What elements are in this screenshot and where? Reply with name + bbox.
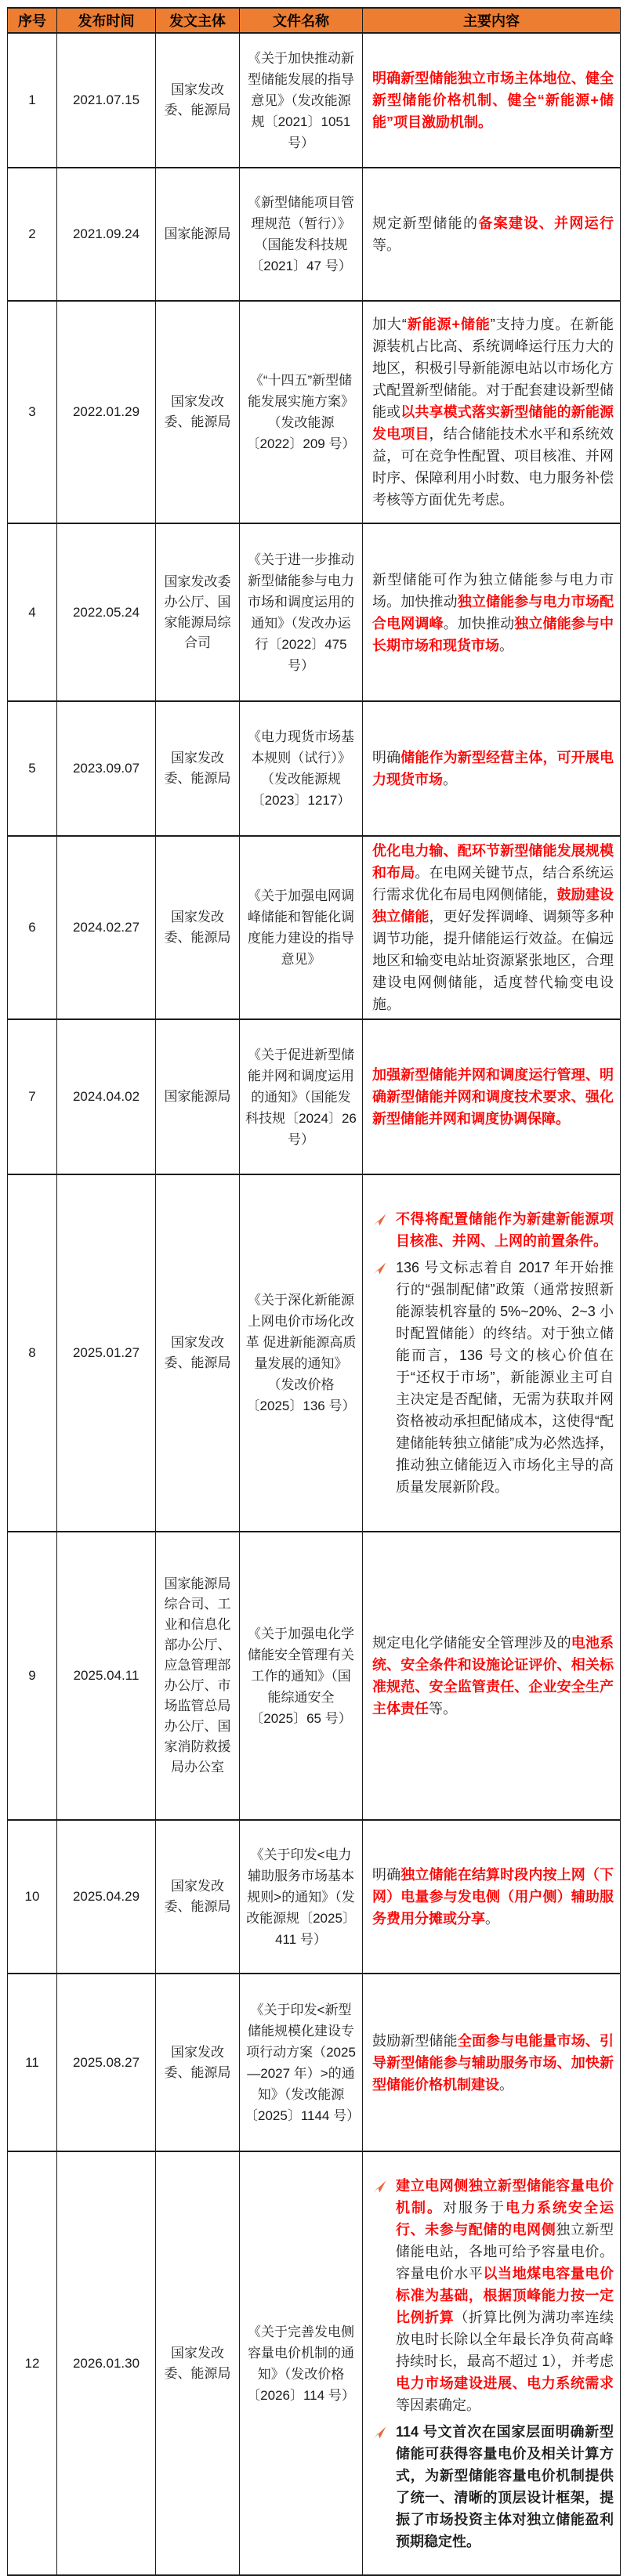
bullet-text: 不得将配置储能作为新建新能源项目核准、并网、上网的前置条件。 [396,1208,614,1252]
cell-publish-date: 2022.05.24 [57,523,156,701]
text-run: 规定电化学储能安全管理涉及的 [372,1635,571,1651]
cell-publish-date: 2025.01.27 [57,1174,156,1532]
cell-issuer: 国家发改委、能源局 [156,1974,240,2151]
cell-main-content: 明确独立储能在结算时段内按上网（下网）电量参与发电侧（用户侧）辅助服务费用分摊或… [363,1820,621,1974]
text-run: 加强新型储能并网和调度运行管理、明确新型储能并网和调度技术要求、强化新型储能并网… [372,1067,614,1127]
cell-issuer: 国家发改委、能源局 [156,33,240,168]
text-run: 对服务于 [443,2200,506,2216]
cell-main-content: 明确新型储能独立市场主体地位、健全新型储能价格机制、健全“新能源+储能”项目激励… [363,33,621,168]
cell-index: 4 [8,523,57,701]
cell-publish-date: 2021.07.15 [57,33,156,168]
text-run: 。 [499,638,513,653]
cell-issuer: 国家发改委、能源局 [156,701,240,836]
table-body: 12021.07.15国家发改委、能源局《关于加快推动新型储能发展的指导意见》（… [8,33,621,2575]
cell-publish-date: 2024.02.27 [57,836,156,1019]
cell-issuer: 国家发改委、能源局 [156,2151,240,2575]
cell-main-content: 优化电力输、配环节新型储能发展规模和布局。在电网关键节点，结合系统运行需求优化布… [363,836,621,1019]
bullet-paragraph: 不得将配置储能作为新建新能源项目核准、并网、上网的前置条件。 [372,1208,614,1252]
cell-publish-date: 2025.04.29 [57,1820,156,1974]
cell-issuer: 国家发改委、能源局 [156,1174,240,1532]
text-run: 备案建设、并网运行 [478,215,614,231]
cell-issuer: 国家发改委办公厅、国家能源局综合司 [156,523,240,701]
table-row: 12021.07.15国家发改委、能源局《关于加快推动新型储能发展的指导意见》（… [8,33,621,168]
text-run: 新能源+储能 [407,317,491,332]
arrow-bullet-icon [372,1208,396,1227]
cell-publish-date: 2022.01.29 [57,301,156,523]
header-row: 序号发布时间发文主体文件名称主要内容 [8,8,621,33]
bullet-text: 建立电网侧独立新型储能容量电价机制。对服务于电力系统安全运行、未参与配储的电网侧… [396,2175,614,2416]
cell-document-name: 《关于加强电化学储能安全管理有关工作的通知》（国能综通安全〔2025〕65 号） [240,1532,363,1820]
text-run: 等。 [372,237,400,253]
table-header: 序号发布时间发文主体文件名称主要内容 [8,8,621,33]
cell-main-content: 规定新型储能的备案建设、并网运行等。 [363,168,621,301]
cell-document-name: 《电力现货市场基本规则（试行）》（发改能源规〔2023〕1217） [240,701,363,836]
cell-issuer: 国家能源局 [156,168,240,301]
cell-main-content: 加强新型储能并网和调度运行管理、明确新型储能并网和调度技术要求、强化新型储能并网… [363,1019,621,1174]
text-run: 136 号文标志着自 2017 年开始推行的“强制配储”政策（通常按照新能源装机… [396,1260,614,1495]
cell-document-name: 《新型储能项目管理规范（暂行）》（国能发科技规〔2021〕47 号） [240,168,363,301]
text-run: 加大“ [372,317,407,332]
text-run: 不得将配置储能作为新建新能源项目核准、并网、上网的前置条件。 [396,1211,614,1249]
text-run: 规定新型储能的 [372,215,478,231]
text-run: 。 [485,1911,499,1927]
cell-index: 2 [8,168,57,301]
cell-document-name: 《关于深化新能源上网电价市场化改革 促进新能源高质量发展的通知》（发改价格〔20… [240,1174,363,1532]
cell-index: 11 [8,1974,57,2151]
cell-publish-date: 2026.01.30 [57,2151,156,2575]
table-row: 82025.01.27国家发改委、能源局《关于深化新能源上网电价市场化改革 促进… [8,1174,621,1532]
column-header-content: 主要内容 [363,8,621,33]
cell-issuer: 国家发改委、能源局 [156,1820,240,1974]
cell-main-content: 建立电网侧独立新型储能容量电价机制。对服务于电力系统安全运行、未参与配储的电网侧… [363,2151,621,2575]
bullet-paragraph: 114 号文首次在国家层面明确新型储能可获得容量电价及相关计算方式，为新型储能容… [372,2421,614,2552]
cell-index: 8 [8,1174,57,1532]
text-run: 。 [443,772,457,787]
cell-main-content: 明确储能作为新型经营主体，可开展电力现货市场。 [363,701,621,836]
cell-issuer: 国家能源局 [156,1019,240,1174]
cell-main-content: 规定电化学储能安全管理涉及的电池系统、安全条件和设施论证评价、相关标准规范、安全… [363,1532,621,1820]
page: 序号发布时间发文主体文件名称主要内容 12021.07.15国家发改委、能源局《… [0,0,627,2571]
arrow-bullet-icon [372,1257,396,1275]
cell-publish-date: 2025.08.27 [57,1974,156,2151]
cell-index: 6 [8,836,57,1019]
column-header-date: 发布时间 [57,8,156,33]
bullet-paragraph: 建立电网侧独立新型储能容量电价机制。对服务于电力系统安全运行、未参与配储的电网侧… [372,2175,614,2416]
text-run: 明确新型储能独立市场主体地位、健全新型储能价格机制、健全“新能源+储能”项目激励… [372,71,614,130]
bullet-text: 136 号文标志着自 2017 年开始推行的“强制配储”政策（通常按照新能源装机… [396,1257,614,1498]
cell-issuer: 国家发改委、能源局 [156,301,240,523]
cell-document-name: 《关于促进新型储能并网和调度运用的通知》（国能发科技规〔2024〕26 号） [240,1019,363,1174]
cell-index: 10 [8,1820,57,1974]
column-header-issuer: 发文主体 [156,8,240,33]
text-run: 储能作为新型经营主体，可开展电力现货市场 [372,750,614,787]
paragraph: 明确储能作为新型经营主体，可开展电力现货市场。 [372,747,614,791]
cell-document-name: 《关于完善发电侧容量电价机制的通知》（发改价格〔2026〕114 号） [240,2151,363,2575]
paragraph: 加强新型储能并网和调度运行管理、明确新型储能并网和调度技术要求、强化新型储能并网… [372,1064,614,1130]
cell-index: 3 [8,301,57,523]
paragraph: 鼓励新型储能全面参与电能量市场、引导新型储能参与辅助服务市场、加快新型储能价格机… [372,2030,614,2096]
cell-document-name: 《关于加快推动新型储能发展的指导意见》（发改能源规〔2021〕1051 号） [240,33,363,168]
table-row: 52023.09.07国家发改委、能源局《电力现货市场基本规则（试行）》（发改能… [8,701,621,836]
cell-publish-date: 2023.09.07 [57,701,156,836]
cell-index: 5 [8,701,57,836]
paragraph: 规定电化学储能安全管理涉及的电池系统、安全条件和设施论证评价、相关标准规范、安全… [372,1632,614,1720]
text-run: 114 号文首次在国家层面明确新型储能可获得容量电价及相关计算方式，为新型储能容… [396,2424,614,2549]
cell-main-content: 新型储能可作为独立储能参与电力市场。加快推动独立储能参与电力市场配合电网调峰。加… [363,523,621,701]
paragraph: 规定新型储能的备案建设、并网运行等。 [372,212,614,256]
bullet-paragraph: 136 号文标志着自 2017 年开始推行的“强制配储”政策（通常按照新能源装机… [372,1257,614,1498]
text-run: 电力市场建设进展、电力系统需求 [396,2375,614,2391]
cell-document-name: 《“十四五”新型储能发展实施方案》（发改能源〔2022〕209 号） [240,301,363,523]
table-row: 72024.04.02国家能源局《关于促进新型储能并网和调度运用的通知》（国能发… [8,1019,621,1174]
policy-table: 序号发布时间发文主体文件名称主要内容 12021.07.15国家发改委、能源局《… [7,7,621,2576]
text-run: 等因素确定。 [396,2397,480,2413]
text-run: 。 [499,2077,513,2093]
table-row: 112025.08.27国家发改委、能源局《关于印发<新型储能规模化建设专项行动… [8,1974,621,2151]
arrow-bullet-icon [372,2175,396,2194]
arrow-bullet-icon [372,2421,396,2440]
cell-index: 7 [8,1019,57,1174]
paragraph: 明确独立储能在结算时段内按上网（下网）电量参与发电侧（用户侧）辅助服务费用分摊或… [372,1864,614,1930]
paragraph: 优化电力输、配环节新型储能发展规模和布局。在电网关键节点，结合系统运行需求优化布… [372,840,614,1015]
cell-document-name: 《关于加强电网调峰储能和智能化调度能力建设的指导意见》 [240,836,363,1019]
cell-publish-date: 2024.04.02 [57,1019,156,1174]
column-header-index: 序号 [8,8,57,33]
cell-publish-date: 2021.09.24 [57,168,156,301]
cell-main-content: 加大“新能源+储能”支持力度。在新能源装机占比高、系统调峰运行压力大的地区，积极… [363,301,621,523]
table-row: 122026.01.30国家发改委、能源局《关于完善发电侧容量电价机制的通知》（… [8,2151,621,2575]
text-run: 明确 [372,750,400,765]
column-header-doc: 文件名称 [240,8,363,33]
cell-main-content: 不得将配置储能作为新建新能源项目核准、并网、上网的前置条件。136 号文标志着自… [363,1174,621,1532]
cell-document-name: 《关于印发<新型储能规模化建设专项行动方案（2025—2027 年）>的通知》（… [240,1974,363,2151]
cell-publish-date: 2025.04.11 [57,1532,156,1820]
text-run: 鼓励新型储能 [372,2033,458,2049]
cell-issuer: 国家发改委、能源局 [156,836,240,1019]
cell-index: 9 [8,1532,57,1820]
cell-main-content: 鼓励新型储能全面参与电能量市场、引导新型储能参与辅助服务市场、加快新型储能价格机… [363,1974,621,2151]
cell-document-name: 《关于进一步推动新型储能参与电力市场和调度运用的通知》（发改办运行〔2022〕4… [240,523,363,701]
paragraph: 新型储能可作为独立储能参与电力市场。加快推动独立储能参与电力市场配合电网调峰。加… [372,569,614,657]
text-run: 明确 [372,1867,400,1883]
cell-document-name: 《关于印发<电力辅助服务市场基本规则>的通知》（发改能源规〔2025〕411 号… [240,1820,363,1974]
paragraph: 加大“新能源+储能”支持力度。在新能源装机占比高、系统调峰运行压力大的地区，积极… [372,313,614,511]
table-row: 22021.09.24国家能源局《新型储能项目管理规范（暂行）》（国能发科技规〔… [8,168,621,301]
text-run: 。加快推动 [444,616,515,631]
table-row: 92025.04.11国家能源局综合司、工业和信息化部办公厅、应急管理部办公厅、… [8,1532,621,1820]
cell-index: 12 [8,2151,57,2575]
table-row: 42022.05.24国家发改委办公厅、国家能源局综合司《关于进一步推动新型储能… [8,523,621,701]
paragraph: 明确新型储能独立市场主体地位、健全新型储能价格机制、健全“新能源+储能”项目激励… [372,67,614,133]
bullet-text: 114 号文首次在国家层面明确新型储能可获得容量电价及相关计算方式，为新型储能容… [396,2421,614,2552]
table-row: 32022.01.29国家发改委、能源局《“十四五”新型储能发展实施方案》（发改… [8,301,621,523]
text-run: 等。 [429,1701,457,1717]
table-row: 62024.02.27国家发改委、能源局《关于加强电网调峰储能和智能化调度能力建… [8,836,621,1019]
cell-index: 1 [8,33,57,168]
cell-issuer: 国家能源局综合司、工业和信息化部办公厅、应急管理部办公厅、市场监管总局办公厅、国… [156,1532,240,1820]
table-row: 102025.04.29国家发改委、能源局《关于印发<电力辅助服务市场基本规则>… [8,1820,621,1974]
